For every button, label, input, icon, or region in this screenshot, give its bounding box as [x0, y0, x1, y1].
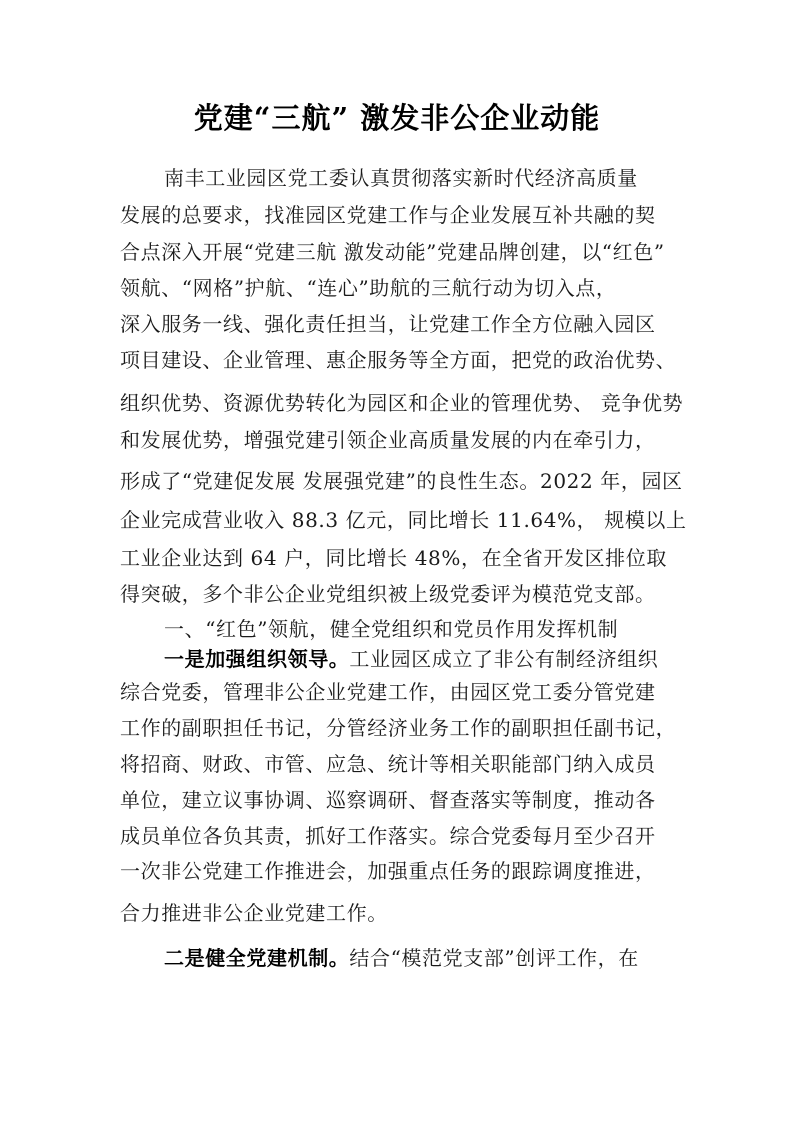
text-line: 单位，建立议事协调、巡察调研、督查落实等制度，推动各 [120, 784, 656, 813]
text-line: 形成了“党建促发展 发展强党建”的良性生态。2022 年，园区 [120, 465, 683, 494]
document-title: 党建“三航” 激发非公企业动能 [0, 96, 794, 137]
section-heading-1: 一、“红色”领航，健全党组织和党员作用发挥机制 [164, 613, 618, 642]
text-line: 成员单位各负其责，抓好工作落实。综合党委每月至少召开 [120, 820, 656, 849]
text-line: 深入服务一线、强化责任担当，让党建工作全方位融入园区 [120, 308, 656, 337]
text-line: 将招商、财政、市管、应急、统计等相关职能部门纳入成员 [120, 748, 656, 777]
text-line: 合力推进非公企业党建工作。 [120, 897, 388, 926]
paragraph-2-lead-rest: 结合“模范党支部”创评工作，在 [349, 946, 638, 970]
text-line: 工业企业达到 64 户，同比增长 48%，在全省开发区排位取 [120, 542, 667, 571]
text-line: 南丰工业园区党工委认真贯彻落实新时代经济高质量 [164, 162, 638, 191]
text-line: 组织优势、资源优势转化为园区和企业的管理优势、 竞争优势 [120, 387, 683, 416]
text-line: 合点深入开展“党建三航 激发动能”党建品牌创建，以“红色” [120, 236, 665, 265]
paragraph-2-lead: 二是健全党建机制。 [164, 946, 349, 970]
text-line: 和发展优势，增强党建引领企业高质量发展的内在牵引力， [120, 424, 656, 453]
paragraph-1-lead-line: 一是加强组织领导。工业园区成立了非公有制经济组织 [164, 643, 658, 672]
text-line: 一次非公党建工作推进会，加强重点任务的跟踪调度推进， [120, 855, 656, 884]
text-line: 发展的总要求，找准园区党建工作与企业发展互补共融的契 [120, 199, 656, 228]
text-line: 领航、“网格”护航、“连心”助航的三航行动为切入点， [120, 272, 617, 301]
paragraph-2-lead-line: 二是健全党建机制。结合“模范党支部”创评工作，在 [164, 942, 639, 971]
text-line: 项目建设、企业管理、惠企服务等全方面，把党的政治优势、 [120, 344, 676, 373]
paragraph-1-lead-rest: 工业园区成立了非公有制经济组织 [349, 647, 658, 671]
text-line: 工作的副职担任书记，分管经济业务工作的副职担任副书记， [120, 712, 676, 741]
text-line: 综合党委，管理非公企业党建工作，由园区党工委分管党建 [120, 676, 656, 705]
paragraph-1-lead: 一是加强组织领导。 [164, 647, 349, 671]
text-line: 企业完成营业收入 88.3 亿元，同比增长 11.64%， 规模以上 [120, 504, 687, 533]
text-line: 得突破，多个非公企业党组织被上级党委评为模范党支部。 [120, 578, 656, 607]
